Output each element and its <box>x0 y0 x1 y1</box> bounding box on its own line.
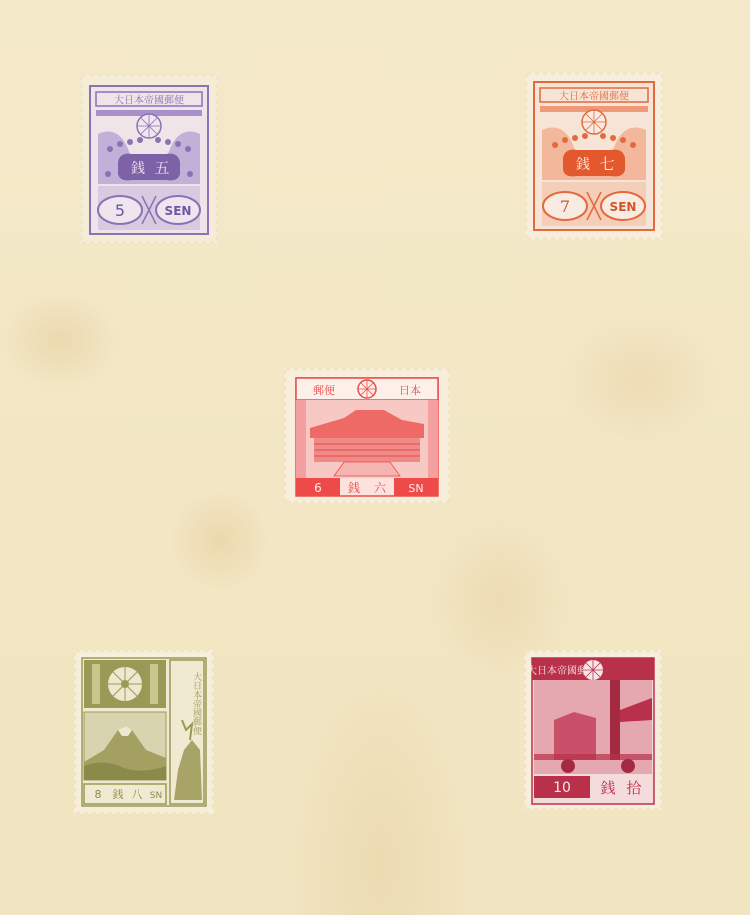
stamp-6-sen: 郵便 日本 6 銭 六 SN <box>284 368 450 503</box>
stamp-10-sen: 大日本帝國郵便 10 銭 拾 <box>524 650 662 810</box>
denomination-kanji: 六 <box>374 481 387 495</box>
header-text: 大日本帝國郵便 <box>559 90 629 103</box>
stamp-6-sen-image: 郵便 日本 6 銭 六 SN <box>284 368 450 503</box>
sen-kanji: 銭 <box>113 787 124 801</box>
sen-kanji: 銭 <box>131 161 145 177</box>
denomination-numeral: 10 <box>553 780 571 796</box>
stamp-8-sen: 8 銭 八 SN 大日本帝國郵便 <box>74 650 214 814</box>
stamp-7-sen-image: 大日本帝國郵便 銭 七 7 SEN <box>525 72 663 240</box>
denomination-kanji: 七 <box>599 155 614 173</box>
denomination-kanji: 拾 <box>626 779 641 797</box>
denomination-kanji: 八 <box>132 788 143 801</box>
denomination-kanji: 五 <box>154 159 169 177</box>
header-left-text: 郵便 <box>313 384 335 397</box>
stamp-8-sen-image: 8 銭 八 SN 大日本帝國郵便 <box>74 650 214 814</box>
denomination-numeral: 8 <box>95 788 102 801</box>
sen-kanji: 銭 <box>576 157 590 173</box>
denomination-numeral: 7 <box>560 197 570 216</box>
stamp-10-sen-image: 大日本帝國郵便 10 銭 拾 <box>524 650 662 810</box>
stamp-5-sen: 大日本帝國郵便 銭 五 5 SEN <box>80 74 218 244</box>
header-text: 大日本帝國郵便 <box>114 94 184 107</box>
sen-kanji: 銭 <box>600 779 615 797</box>
currency-latin: SN <box>408 482 423 495</box>
denomination-numeral: 6 <box>314 481 322 495</box>
header-right-text: 日本 <box>399 383 421 397</box>
stamp-7-sen: 大日本帝國郵便 銭 七 7 SEN <box>525 72 663 240</box>
currency-latin: SN <box>150 791 162 801</box>
currency-latin: SEN <box>165 204 192 218</box>
sen-kanji: 銭 <box>348 480 360 495</box>
denomination-numeral: 5 <box>115 201 125 220</box>
currency-latin: SEN <box>610 200 637 214</box>
stamp-5-sen-image: 大日本帝國郵便 銭 五 5 SEN <box>80 74 218 244</box>
